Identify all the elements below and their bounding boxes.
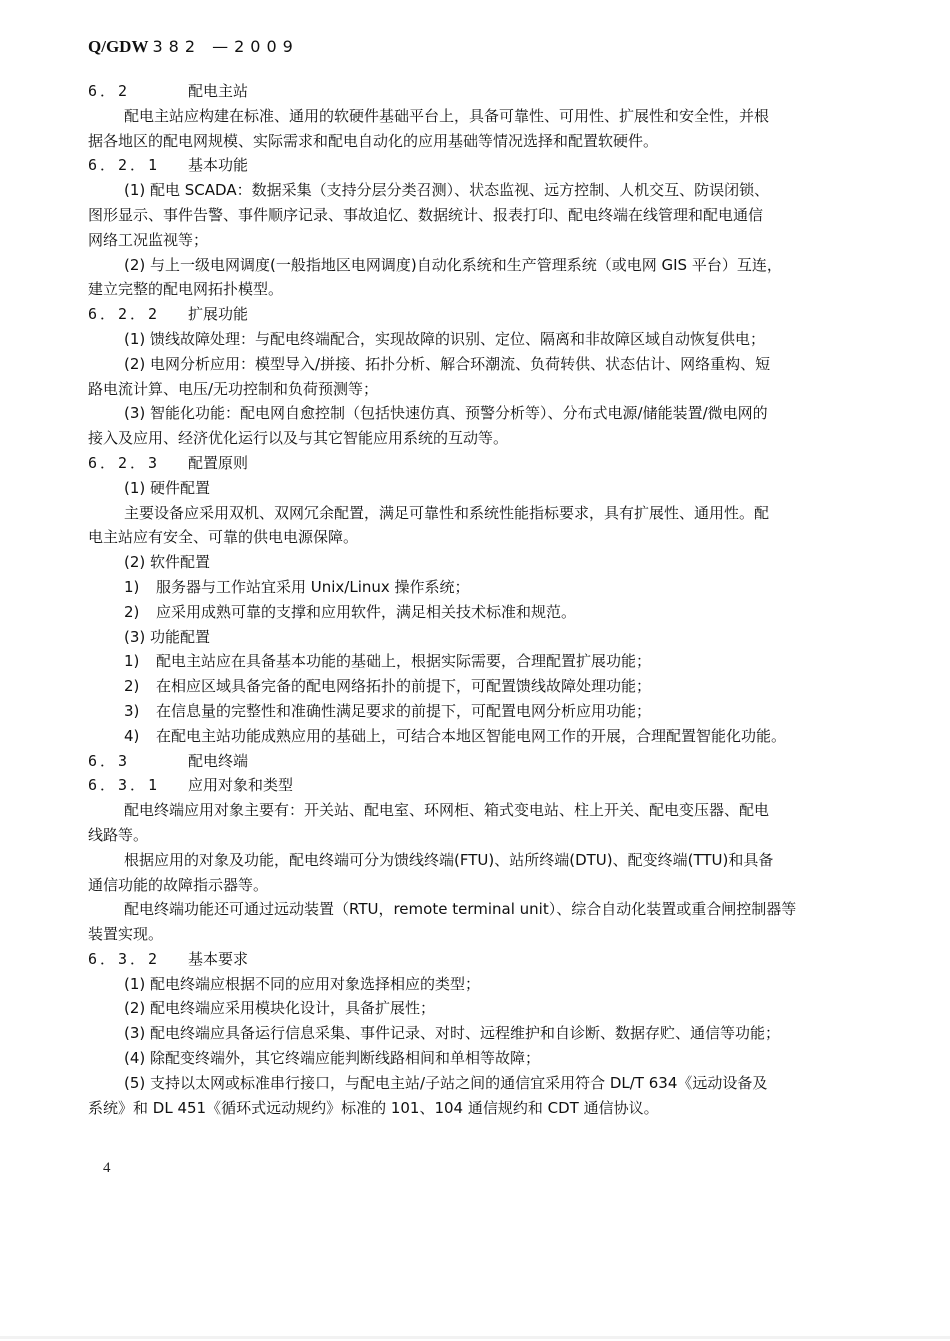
list-item: 2)在相应区域具备完备的配电网络拓扑的前提下，可配置馈线故障处理功能； bbox=[88, 674, 843, 699]
text-line: (2) 软件配置 bbox=[88, 550, 843, 575]
list-item: 1)配电主站应在具备基本功能的基础上，根据实际需要，合理配置扩展功能； bbox=[88, 649, 843, 674]
text-line: (1) 硬件配置 bbox=[88, 476, 843, 501]
paragraph: (3) 配电终端应具备运行信息采集、事件记录、对时、远程维护和自诊断、数据存贮、… bbox=[88, 1021, 843, 1046]
text-line: 配电终端功能还可通过远动装置（RTU，remote terminal unit）… bbox=[88, 897, 843, 922]
section-title: 配置原则 bbox=[188, 454, 248, 472]
text-line: (1) 配电 SCADA：数据采集（支持分层分类召测）、状态监视、远方控制、人机… bbox=[88, 178, 843, 203]
list-item-text: 在相应区域具备完备的配电网络拓扑的前提下，可配置馈线故障处理功能； bbox=[156, 677, 651, 695]
paragraph: (4) 除配变终端外，其它终端应能判断线路相间和单相等故障； bbox=[88, 1046, 843, 1071]
paragraph: 配电终端应用对象主要有：开关站、配电室、环网柜、箱式变电站、柱上开关、配电变压器… bbox=[88, 798, 843, 848]
text-line: 主要设备应采用双机、双网冗余配置，满足可靠性和系统性能指标要求，具有扩展性、通用… bbox=[88, 501, 843, 526]
paragraph: (2) 电网分析应用：模型导入/拼接、拓扑分析、解合环潮流、负荷转供、状态估计、… bbox=[88, 352, 843, 402]
text-line: 接入及应用、经济优化运行以及与其它智能应用系统的互动等。 bbox=[88, 426, 843, 451]
paragraph: 配电终端功能还可通过远动装置（RTU，remote terminal unit）… bbox=[88, 897, 843, 947]
list-item-number: 1) bbox=[124, 649, 156, 674]
section-title: 基本要求 bbox=[188, 950, 248, 968]
paragraph: (3) 功能配置 bbox=[88, 625, 843, 650]
text-line: 据各地区的配电网规模、实际需求和配电自动化的应用基础等情况选择和配置软硬件。 bbox=[88, 129, 843, 154]
section-heading: 6．2．3配置原则 bbox=[88, 451, 843, 476]
section-number: 6．2 bbox=[88, 79, 188, 104]
text-line: 网络工况监视等； bbox=[88, 228, 843, 253]
paragraph: (2) 软件配置 bbox=[88, 550, 843, 575]
list-item-number: 3) bbox=[124, 699, 156, 724]
section-number: 6．2．2 bbox=[88, 302, 188, 327]
standard-code-header: Q/GDW382 —2009 bbox=[88, 37, 299, 57]
section-title: 基本功能 bbox=[188, 156, 248, 174]
section-title: 应用对象和类型 bbox=[188, 776, 293, 794]
text-line: (3) 智能化功能：配电网自愈控制（包括快速仿真、预警分析等）、分布式电源/储能… bbox=[88, 401, 843, 426]
text-line: 图形显示、事件告警、事件顺序记录、事故追忆、数据统计、报表打印、配电终端在线管理… bbox=[88, 203, 843, 228]
section-number: 6．3．2 bbox=[88, 947, 188, 972]
section-title: 配电主站 bbox=[188, 82, 248, 100]
paragraph: (2) 与上一级电网调度(一般指地区电网调度)自动化系统和生产管理系统（或电网 … bbox=[88, 253, 843, 303]
standard-number: 382 —2009 bbox=[152, 37, 298, 56]
list-item: 2)应采用成熟可靠的支撑和应用软件，满足相关技术标准和规范。 bbox=[88, 600, 843, 625]
list-item: 4)在配电主站功能成熟应用的基础上，可结合本地区智能电网工作的开展，合理配置智能… bbox=[88, 724, 843, 749]
section-title: 扩展功能 bbox=[188, 305, 248, 323]
section-number: 6．2．1 bbox=[88, 153, 188, 178]
list-item-text: 配电主站应在具备基本功能的基础上，根据实际需要，合理配置扩展功能； bbox=[156, 652, 651, 670]
text-line: 线路等。 bbox=[88, 823, 843, 848]
section-title: 配电终端 bbox=[188, 752, 248, 770]
list-item: 1)服务器与工作站宜采用 Unix/Linux 操作系统； bbox=[88, 575, 843, 600]
paragraph: (1) 硬件配置 bbox=[88, 476, 843, 501]
section-heading: 6．3．1应用对象和类型 bbox=[88, 773, 843, 798]
paragraph: (1) 配电 SCADA：数据采集（支持分层分类召测）、状态监视、远方控制、人机… bbox=[88, 178, 843, 252]
text-line: 路电流计算、电压/无功控制和负荷预测等； bbox=[88, 377, 843, 402]
section-number: 6．3 bbox=[88, 749, 188, 774]
list-item-text: 在配电主站功能成熟应用的基础上，可结合本地区智能电网工作的开展，合理配置智能化功… bbox=[156, 727, 786, 745]
section-heading: 6．2．2扩展功能 bbox=[88, 302, 843, 327]
text-line: 通信功能的故障指示器等。 bbox=[88, 873, 843, 898]
list-item-text: 应采用成熟可靠的支撑和应用软件，满足相关技术标准和规范。 bbox=[156, 603, 576, 621]
page-number: 4 bbox=[103, 1160, 111, 1177]
section-heading: 6．3配电终端 bbox=[88, 749, 843, 774]
text-line: 电主站应有安全、可靠的供电电源保障。 bbox=[88, 525, 843, 550]
document-body: 6．2配电主站配电主站应构建在标准、通用的软硬件基础平台上，具备可靠性、可用性、… bbox=[88, 79, 843, 1120]
paragraph: 主要设备应采用双机、双网冗余配置，满足可靠性和系统性能指标要求，具有扩展性、通用… bbox=[88, 501, 843, 551]
text-line: (3) 功能配置 bbox=[88, 625, 843, 650]
paragraph: (5) 支持以太网或标准串行接口，与配电主站/子站之间的通信宜采用符合 DL/T… bbox=[88, 1071, 843, 1121]
list-item-text: 服务器与工作站宜采用 Unix/Linux 操作系统； bbox=[156, 578, 470, 596]
text-line: (5) 支持以太网或标准串行接口，与配电主站/子站之间的通信宜采用符合 DL/T… bbox=[88, 1071, 843, 1096]
text-line: (2) 与上一级电网调度(一般指地区电网调度)自动化系统和生产管理系统（或电网 … bbox=[88, 253, 843, 278]
text-line: 建立完整的配电网拓扑模型。 bbox=[88, 277, 843, 302]
list-item-number: 1) bbox=[124, 575, 156, 600]
section-number: 6．2．3 bbox=[88, 451, 188, 476]
section-heading: 6．2配电主站 bbox=[88, 79, 843, 104]
standard-prefix: Q/GDW bbox=[88, 37, 148, 56]
text-line: (2) 配电终端应采用模块化设计，具备扩展性； bbox=[88, 996, 843, 1021]
text-line: 系统》和 DL 451《循环式远动规约》标准的 101、104 通信规约和 CD… bbox=[88, 1096, 843, 1121]
text-line: (1) 配电终端应根据不同的应用对象选择相应的类型； bbox=[88, 972, 843, 997]
paragraph: 根据应用的对象及功能，配电终端可分为馈线终端(FTU)、站所终端(DTU)、配变… bbox=[88, 848, 843, 898]
text-line: 装置实现。 bbox=[88, 922, 843, 947]
paragraph: 配电主站应构建在标准、通用的软硬件基础平台上，具备可靠性、可用性、扩展性和安全性… bbox=[88, 104, 843, 154]
section-heading: 6．2．1基本功能 bbox=[88, 153, 843, 178]
paragraph: (1) 馈线故障处理：与配电终端配合，实现故障的识别、定位、隔离和非故障区域自动… bbox=[88, 327, 843, 352]
paragraph: (1) 配电终端应根据不同的应用对象选择相应的类型； bbox=[88, 972, 843, 997]
section-heading: 6．3．2基本要求 bbox=[88, 947, 843, 972]
section-number: 6．3．1 bbox=[88, 773, 188, 798]
text-line: (2) 电网分析应用：模型导入/拼接、拓扑分析、解合环潮流、负荷转供、状态估计、… bbox=[88, 352, 843, 377]
list-item-number: 2) bbox=[124, 600, 156, 625]
text-line: (3) 配电终端应具备运行信息采集、事件记录、对时、远程维护和自诊断、数据存贮、… bbox=[88, 1021, 843, 1046]
text-line: 配电终端应用对象主要有：开关站、配电室、环网柜、箱式变电站、柱上开关、配电变压器… bbox=[88, 798, 843, 823]
text-line: 根据应用的对象及功能，配电终端可分为馈线终端(FTU)、站所终端(DTU)、配变… bbox=[88, 848, 843, 873]
list-item-number: 4) bbox=[124, 724, 156, 749]
text-line: (4) 除配变终端外，其它终端应能判断线路相间和单相等故障； bbox=[88, 1046, 843, 1071]
paragraph: (3) 智能化功能：配电网自愈控制（包括快速仿真、预警分析等）、分布式电源/储能… bbox=[88, 401, 843, 451]
list-item-text: 在信息量的完整性和准确性满足要求的前提下，可配置电网分析应用功能； bbox=[156, 702, 651, 720]
list-item-number: 2) bbox=[124, 674, 156, 699]
text-line: (1) 馈线故障处理：与配电终端配合，实现故障的识别、定位、隔离和非故障区域自动… bbox=[88, 327, 843, 352]
text-line: 配电主站应构建在标准、通用的软硬件基础平台上，具备可靠性、可用性、扩展性和安全性… bbox=[88, 104, 843, 129]
list-item: 3)在信息量的完整性和准确性满足要求的前提下，可配置电网分析应用功能； bbox=[88, 699, 843, 724]
paragraph: (2) 配电终端应采用模块化设计，具备扩展性； bbox=[88, 996, 843, 1021]
page-bottom-edge bbox=[0, 1336, 950, 1339]
document-page: Q/GDW382 —2009 6．2配电主站配电主站应构建在标准、通用的软硬件基… bbox=[0, 0, 950, 1341]
